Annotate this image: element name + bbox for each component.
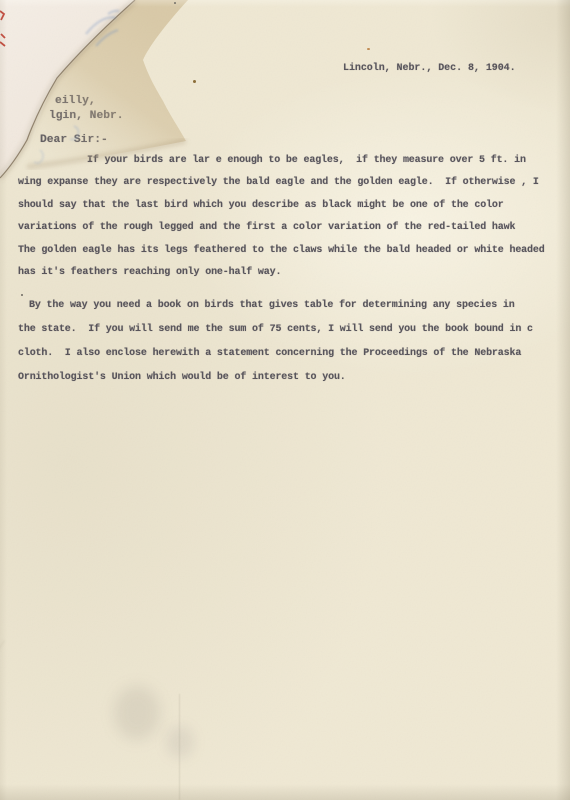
bleed-through-stamp	[86, 11, 119, 46]
dateline: Lincoln, Nebr., Dec. 8, 1904.	[343, 63, 516, 74]
body-line: variations of the rough legged and the f…	[18, 217, 563, 239]
red-edge-mark	[0, 11, 5, 46]
body-line: wing expanse they are respectively the b…	[18, 172, 563, 194]
body-line: Ornithologist's Union which would be of …	[18, 366, 563, 390]
fingerprint-smudge	[114, 686, 160, 740]
letter-paper: Lincoln, Nebr., Dec. 8, 1904. eilly, lgi…	[0, 0, 570, 800]
paragraph: If your birds are lar e enough to be eag…	[18, 150, 563, 284]
paragraph: By the way you need a book on birds that…	[18, 294, 563, 390]
addressee-line: lgin, Nebr.	[49, 110, 124, 122]
body-line: By the way you need a book on birds that…	[18, 294, 563, 318]
scanned-letter: Lincoln, Nebr., Dec. 8, 1904. eilly, lgi…	[0, 0, 570, 800]
body-line: should say that the last bird which you …	[18, 195, 563, 217]
addressee-line: eilly,	[55, 95, 96, 107]
fingerprint-smudge	[166, 726, 194, 758]
scratch-mark	[179, 694, 180, 800]
paper-speck	[174, 2, 176, 4]
body-line: If your birds are lar e enough to be eag…	[18, 150, 563, 172]
salutation: Dear Sir:-	[40, 134, 108, 146]
body-line: cloth. I also enclose herewith a stateme…	[18, 342, 563, 366]
body-line: the state. If you will send me the sum o…	[18, 318, 563, 342]
crease-mark	[0, 640, 5, 756]
body-line: The golden eagle has its legs feathered …	[18, 240, 563, 262]
body-line: has it's feathers reaching only one-half…	[18, 262, 563, 284]
paper-speck	[193, 80, 196, 83]
paper-speck	[367, 48, 370, 50]
